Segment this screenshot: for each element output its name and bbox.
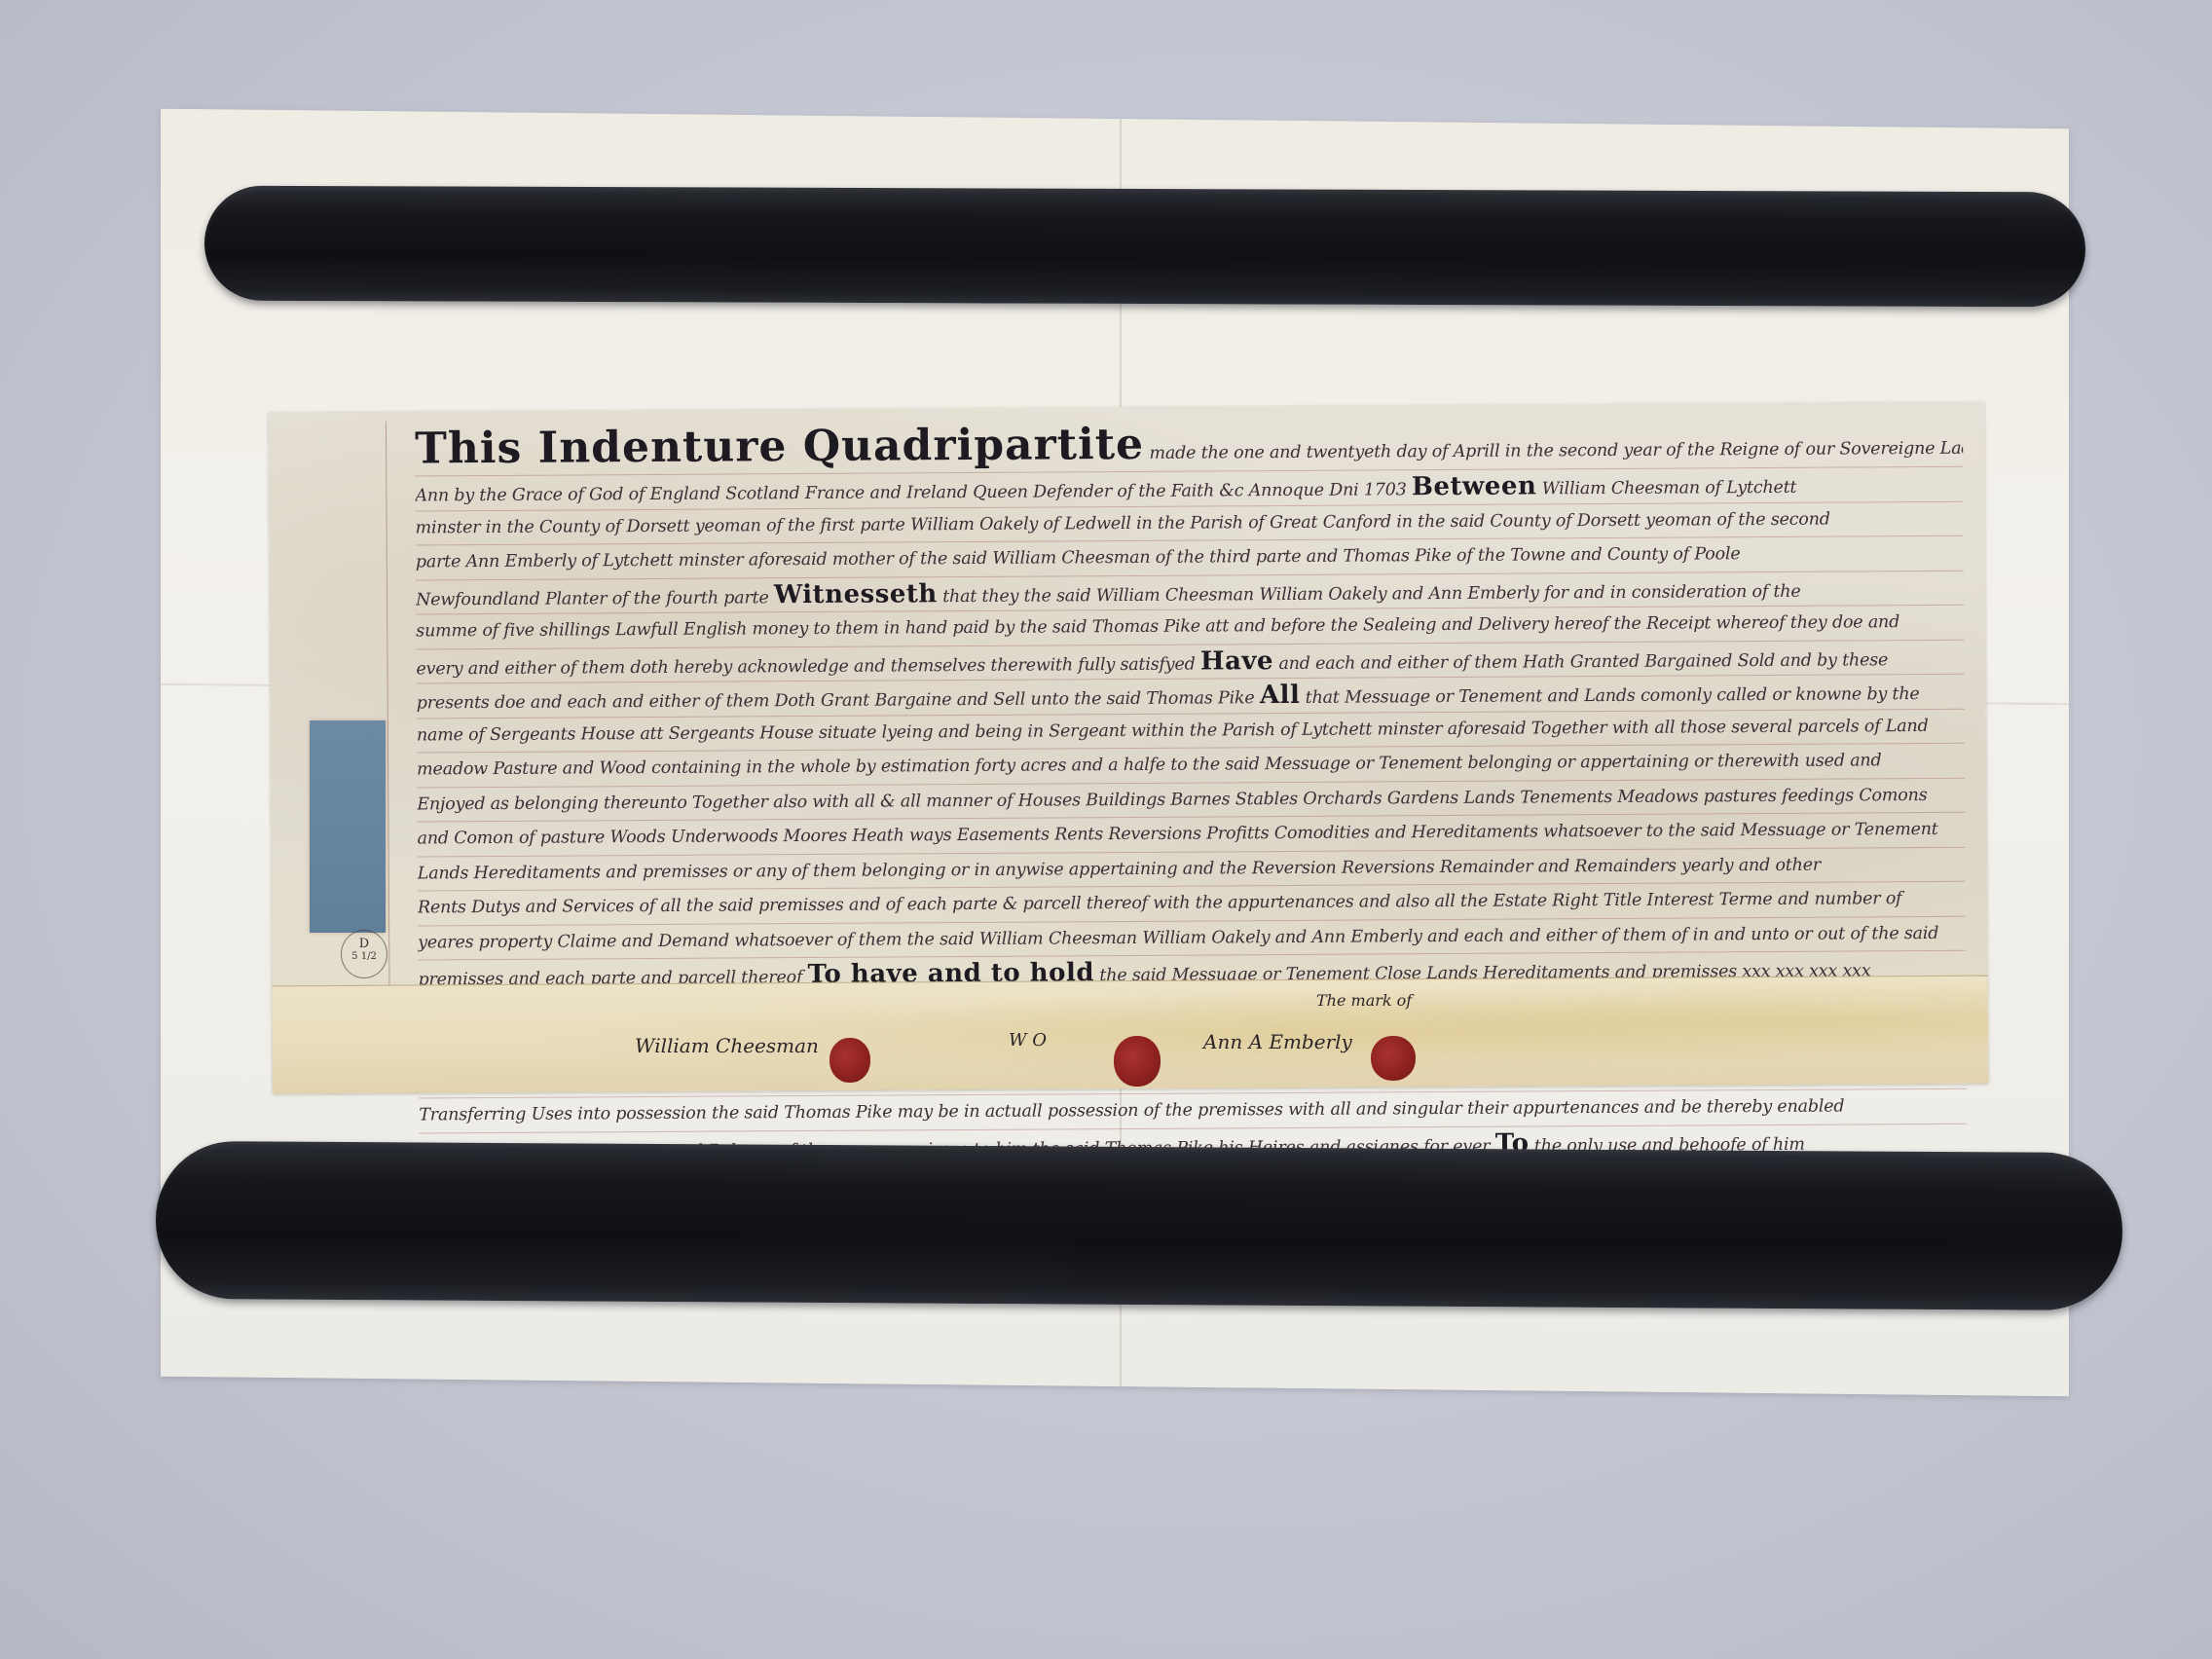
line-text: Enjoyed as belonging thereunto Together … bbox=[417, 785, 1927, 813]
line-text: that they the said William Cheesman Will… bbox=[942, 581, 1800, 606]
heading-between: Between bbox=[1412, 471, 1537, 501]
line-text: Transferring Uses into possession the sa… bbox=[419, 1097, 1844, 1125]
indenture-parchment: This Indenture Quadripartite made the on… bbox=[269, 402, 1988, 1094]
duty-stamp: D 5 1/2 bbox=[341, 930, 387, 978]
stamp-value: 5 1/2 bbox=[342, 952, 387, 962]
line-text: name of Sergeants House att Sergeants Ho… bbox=[417, 716, 1929, 744]
line-text: William Cheesman of Lytchett bbox=[1542, 478, 1797, 499]
stamp-letter: D bbox=[342, 937, 387, 952]
blue-paper-tab bbox=[310, 720, 386, 933]
signature-william-cheesman: William Cheesman bbox=[635, 1034, 819, 1057]
line-text: every and either of them doth hereby ack… bbox=[416, 654, 1195, 679]
wax-seal-3 bbox=[1371, 1036, 1416, 1081]
document-weight-top[interactable] bbox=[204, 186, 2085, 308]
wax-seal-2 bbox=[1114, 1036, 1161, 1087]
signature-william-oakely: W O bbox=[1009, 1030, 1047, 1051]
line-text: parte Ann Emberly of Lytchett minster af… bbox=[416, 544, 1741, 571]
document-weight-bottom[interactable] bbox=[156, 1141, 2123, 1310]
line-text: made the one and twentyeth day of Aprill… bbox=[1149, 439, 1963, 463]
signature-ann-emberly: Ann A Emberly bbox=[1203, 1030, 1352, 1053]
line-text: Newfoundland Planter of the fourth parte bbox=[416, 588, 769, 609]
line-text: minster in the County of Dorsett yeoman … bbox=[416, 509, 1830, 537]
line-text: that Messuage or Tenement and Lands como… bbox=[1306, 684, 1920, 708]
heading-all: All bbox=[1260, 681, 1301, 710]
line-text: meadow Pasture and Wood containing in th… bbox=[417, 751, 1881, 779]
line-text: Ann by the Grace of God of England Scotl… bbox=[415, 480, 1406, 505]
line-text: summe of five shillings Lawfull English … bbox=[416, 612, 1899, 641]
margin-rule bbox=[386, 422, 390, 1025]
line-text: and Comon of pasture Woods Underwoods Mo… bbox=[417, 820, 1937, 849]
line-text: Rents Dutys and Services of all the said… bbox=[418, 889, 1902, 917]
heading-witnesseth: Witnesseth bbox=[774, 579, 938, 609]
heading-have: Have bbox=[1200, 646, 1273, 676]
line-text: Lands Hereditaments and premisses or any… bbox=[418, 855, 1821, 883]
deed-line: This Indenture Quadripartite made the on… bbox=[415, 406, 1963, 477]
line-text: presents doe and each and either of them… bbox=[417, 688, 1255, 713]
line-text: and each and either of them Hath Granted… bbox=[1278, 650, 1888, 674]
wax-seal-1 bbox=[829, 1038, 870, 1083]
heading-indenture: This Indenture Quadripartite bbox=[415, 420, 1144, 474]
line-text: yeares property Claime and Demand whatso… bbox=[418, 923, 1938, 952]
mark-caption: The mark of bbox=[1316, 991, 1412, 1010]
